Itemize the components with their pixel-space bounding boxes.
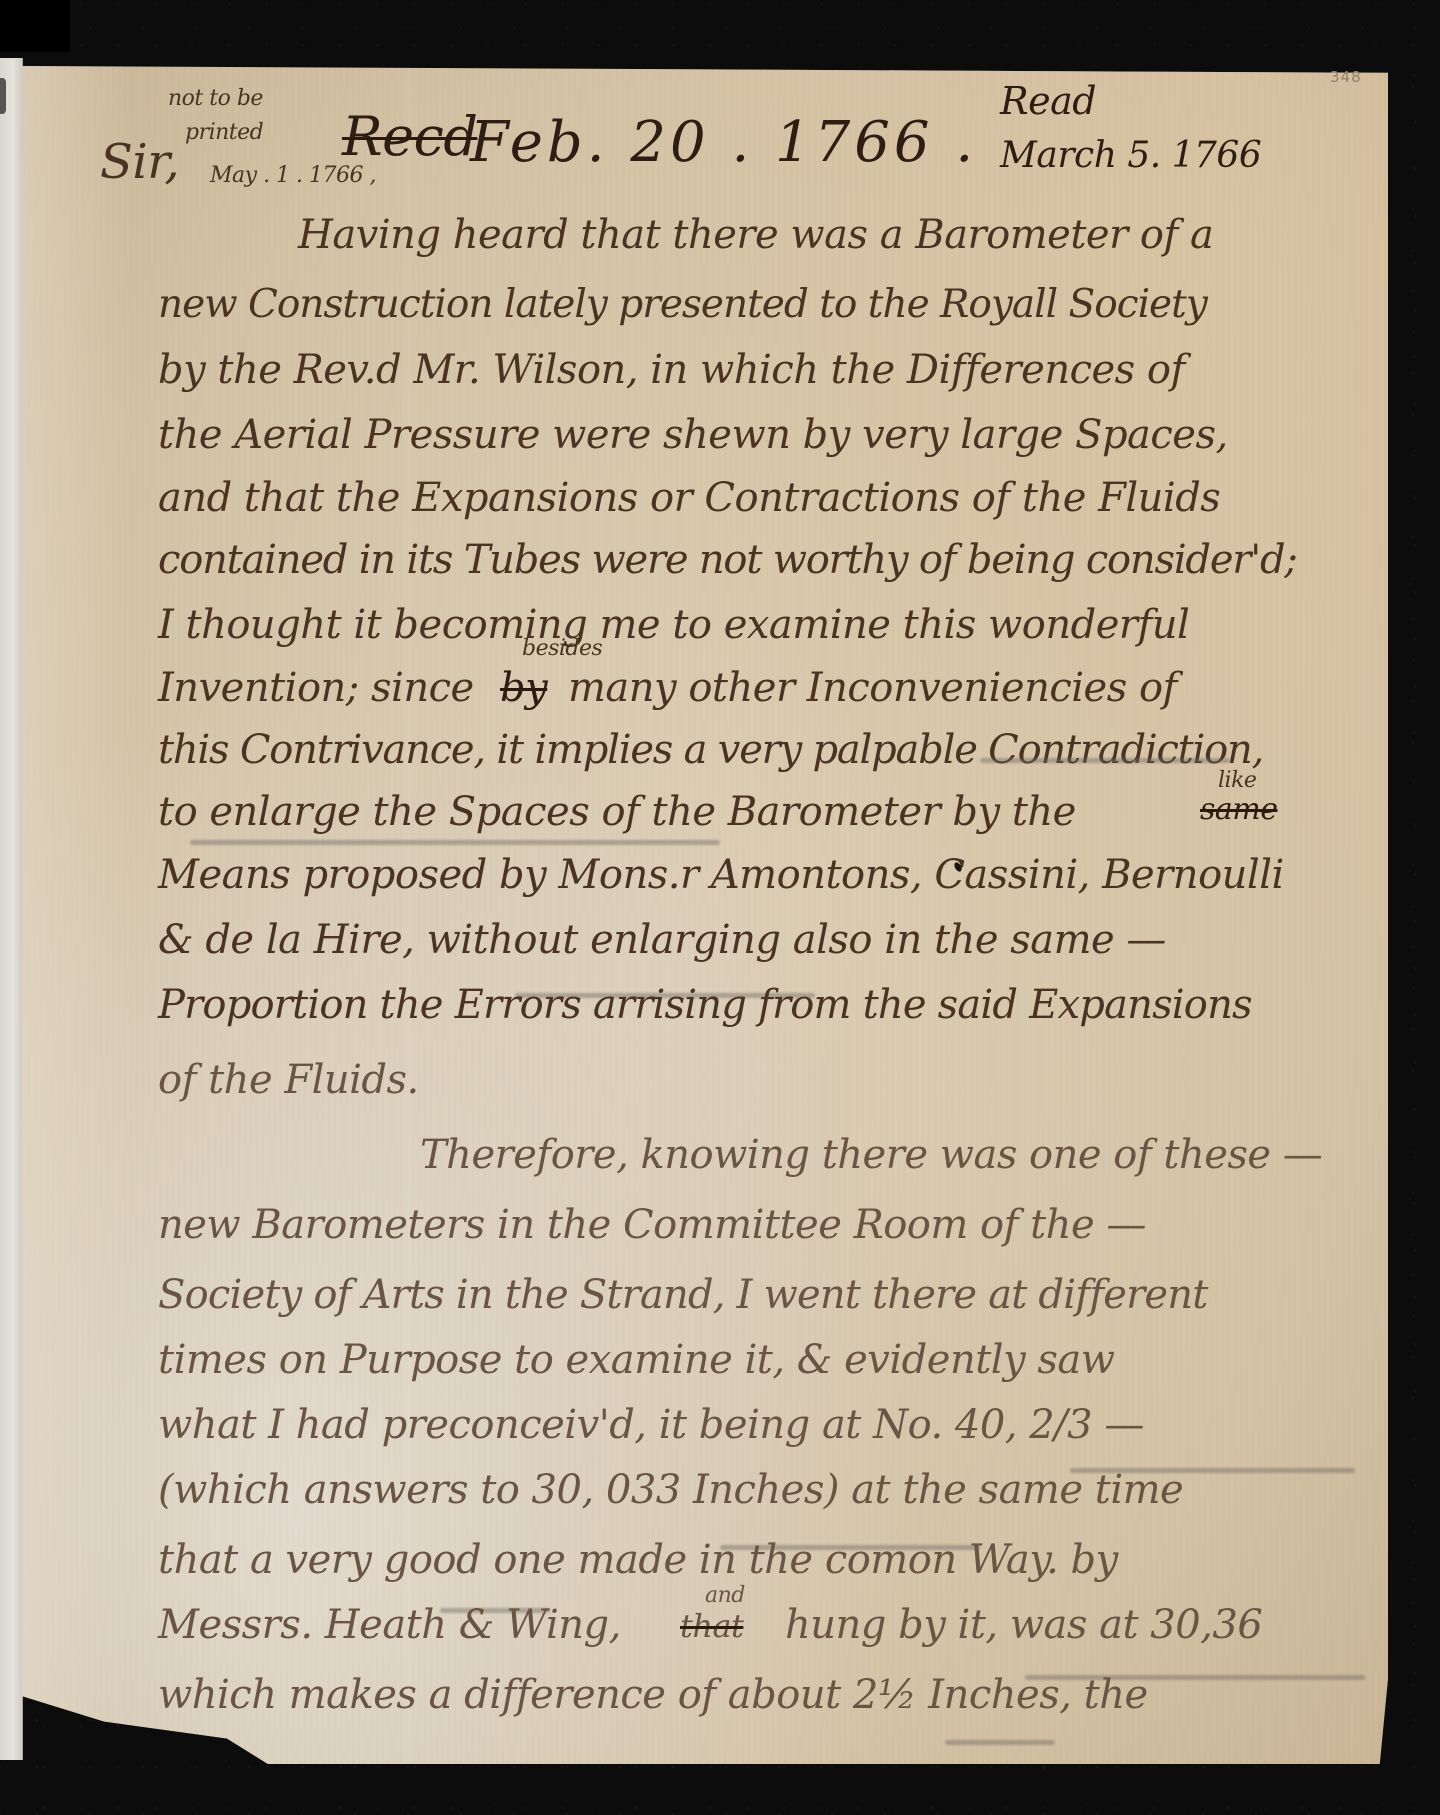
struck-word-by: by [500,668,547,708]
text-line-5: and that the Expansions or Contractions … [158,478,1220,518]
read-label: Read [1000,82,1096,120]
pencil-mark [190,840,720,845]
insertion-like: like [1218,770,1256,792]
text-line-18: times on Purpose to examine it, & eviden… [158,1340,1115,1380]
text-line-13: Proportion the Errors arrising from the … [158,985,1252,1025]
salutation: Sir, [100,138,179,186]
struck-word-that: that [680,1610,743,1642]
folio-number: 348 [1330,68,1362,86]
received-date: Feb. 20 . 1766 . [470,115,977,171]
text-line-2: new Construction lately presented to the… [158,285,1207,324]
insertion-besides: besides [522,638,602,660]
text-line-15: Therefore, knowing there was one of thes… [420,1135,1322,1175]
adjacent-leaf-edge [0,58,23,1760]
binding-mark [0,78,6,114]
text-line-9: this Contrivance, it implies a very palp… [158,730,1263,770]
read-date: March 5. 1766 [1000,138,1261,174]
text-line-22a: Messrs. Heath & Wing, [158,1605,621,1645]
text-line-19: what I had preconceiv'd, it being at No.… [158,1405,1144,1445]
text-line-11: Means proposed by Mons.r Amontons, Cassi… [158,855,1284,895]
struck-word-same: same [1200,795,1277,825]
received-struck: Recd [342,110,477,164]
annotation-not-to-be: not to be [168,88,263,110]
text-line-14: of the Fluids. [158,1060,419,1100]
pencil-mark [945,1740,1055,1745]
background-corner [0,0,70,52]
text-line-22b: hung by it, was at 30,36 [785,1605,1262,1645]
text-line-8b: many other Inconveniencies of [568,668,1177,708]
text-line-10: to enlarge the Spaces of the Barometer b… [158,792,1076,832]
annotation-date: May . 1 . 1766 , [210,165,376,187]
annotation-printed: printed [185,122,263,144]
text-line-7: I thought it becoming me to examine this… [158,605,1189,645]
text-line-1: Having heard that there was a Barometer … [298,215,1213,255]
text-line-12: & de la Hire, without enlarging also in … [158,920,1166,960]
text-line-23: which makes a difference of about 2½ Inc… [158,1675,1148,1715]
insertion-and: and [705,1585,745,1607]
text-line-17: Society of Arts in the Strand, I went th… [158,1275,1208,1315]
pencil-mark [980,758,1230,763]
text-line-3: by the Rev.d Mr. Wilson, in which the Di… [158,350,1185,390]
text-line-8a: Invention; since [158,668,474,708]
text-line-4: the Aerial Pressure were shewn by very l… [158,415,1228,455]
text-line-16: new Barometers in the Committee Room of … [158,1205,1146,1245]
text-line-6: contained in its Tubes were not worthy o… [158,540,1297,580]
text-line-21: that a very good one made in the comon W… [158,1540,1118,1580]
text-line-20: (which answers to 30, 033 Inches) at the… [158,1470,1183,1510]
